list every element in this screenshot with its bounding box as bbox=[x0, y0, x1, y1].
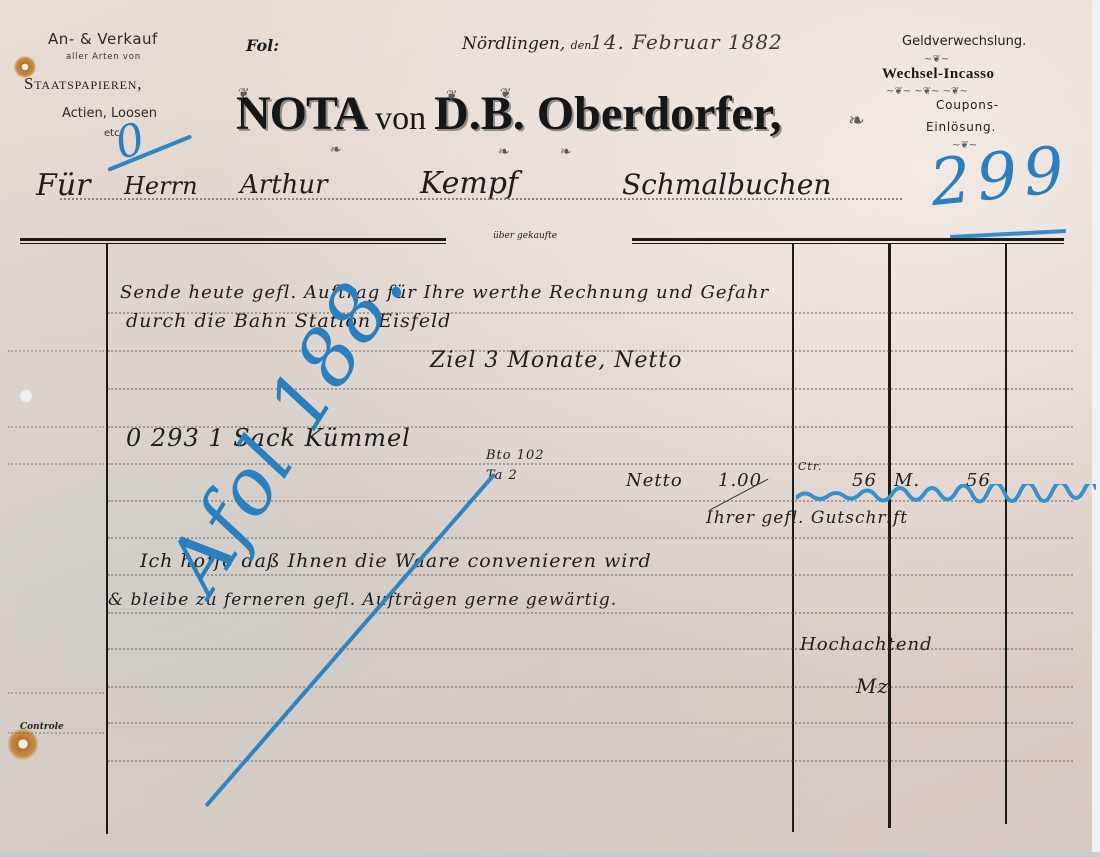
ruled-line-left bbox=[8, 692, 104, 694]
title-company-name: D.B. Oberdorfer, bbox=[434, 86, 782, 141]
right-header-line2: Wechsel-Incasso bbox=[882, 66, 995, 83]
folio-label: Fol: bbox=[246, 36, 279, 55]
place-line: Nördlingen, den bbox=[462, 34, 591, 54]
left-header-line3: Staatspapieren, bbox=[24, 74, 142, 94]
place-name: Nördlingen, bbox=[462, 34, 565, 54]
column-divider-3 bbox=[1005, 244, 1007, 824]
right-header-line4: Einlösung. bbox=[926, 120, 996, 134]
ruled-line-left bbox=[8, 426, 104, 428]
ruled-line-left bbox=[8, 463, 104, 465]
flourish-ornament-icon: ❦ bbox=[500, 86, 512, 102]
customer-dotted-line bbox=[60, 198, 902, 200]
ruled-line bbox=[108, 574, 1073, 576]
flourish-ornament-icon: ❧ bbox=[498, 144, 510, 160]
body-line-1: Sende heute gefl. Auftrag für Ihre werth… bbox=[120, 282, 769, 303]
header-rule-left bbox=[20, 238, 446, 241]
blue-crayon-number: 299 bbox=[927, 133, 1074, 221]
header-rule-right-thin bbox=[632, 243, 1064, 244]
title-nota: NOTA bbox=[236, 86, 367, 141]
flourish-ornament-icon: ❦ bbox=[446, 88, 458, 104]
credit-note: Ihrer gefl. Gutschrift bbox=[706, 508, 908, 528]
header-rule-right bbox=[632, 238, 1064, 241]
ruled-line bbox=[108, 388, 1073, 390]
item-unit-label: Ctr. bbox=[798, 460, 822, 473]
flourish-ornament-icon: ∼❦∼ ∼❦∼ ∼❦∼ bbox=[886, 86, 968, 97]
flourish-ornament-icon: ❦ bbox=[238, 86, 250, 102]
signature-initials: Mz bbox=[856, 674, 889, 698]
section-label: über gekaufte bbox=[493, 231, 557, 241]
ruled-line-left bbox=[8, 732, 104, 734]
column-divider-2 bbox=[888, 244, 891, 828]
den-label: den bbox=[571, 39, 592, 52]
closing-hochachtend: Hochachtend bbox=[800, 634, 933, 655]
item-netto-value: 1.00 bbox=[718, 470, 762, 491]
body-line-3: Ziel 3 Monate, Netto bbox=[430, 348, 682, 373]
scan-edge-bottom bbox=[0, 852, 1100, 857]
customer-salutation: Herrn bbox=[124, 172, 198, 200]
customer-first-name: Arthur bbox=[240, 170, 328, 200]
header-rule-left-thin bbox=[20, 243, 446, 244]
handwritten-date: 14. Februar 1882 bbox=[590, 30, 783, 54]
closing-line-2: & bleibe zu ferneren gefl. Aufträgen ger… bbox=[108, 590, 617, 610]
flourish-ornament-icon: ∼❦∼ bbox=[924, 54, 949, 65]
customer-last-name: Kempf bbox=[420, 166, 518, 201]
right-header-line1: Geldverwechslung. bbox=[902, 34, 1026, 49]
item-netto-label: Netto bbox=[626, 470, 683, 491]
controle-label: Controle bbox=[20, 722, 64, 732]
punch-hole bbox=[20, 390, 32, 402]
left-header-line1: An- & Verkauf bbox=[48, 30, 158, 48]
right-header-line3: Coupons- bbox=[936, 98, 999, 112]
ruled-line bbox=[108, 760, 1073, 762]
ruled-line bbox=[108, 612, 1073, 614]
flourish-ornament-icon: ❧ bbox=[330, 142, 342, 158]
title-von: von bbox=[375, 100, 426, 138]
column-divider-controle bbox=[106, 244, 108, 834]
customer-place: Schmalbuchen bbox=[622, 168, 831, 201]
flourish-ornament-icon: ❧ bbox=[560, 144, 572, 160]
scan-edge-right bbox=[1092, 0, 1100, 857]
blue-wavy-line-icon bbox=[796, 484, 1096, 506]
ruled-line-left bbox=[8, 350, 104, 352]
left-header-line2: aller Arten von bbox=[66, 52, 141, 62]
left-header-line4: Actien, Loosen bbox=[62, 106, 157, 121]
item-brutto: Bto 102 bbox=[486, 448, 545, 463]
flourish-ornament-icon: ❧ bbox=[848, 108, 865, 132]
ruled-line bbox=[108, 722, 1073, 724]
ruled-line bbox=[108, 686, 1073, 688]
